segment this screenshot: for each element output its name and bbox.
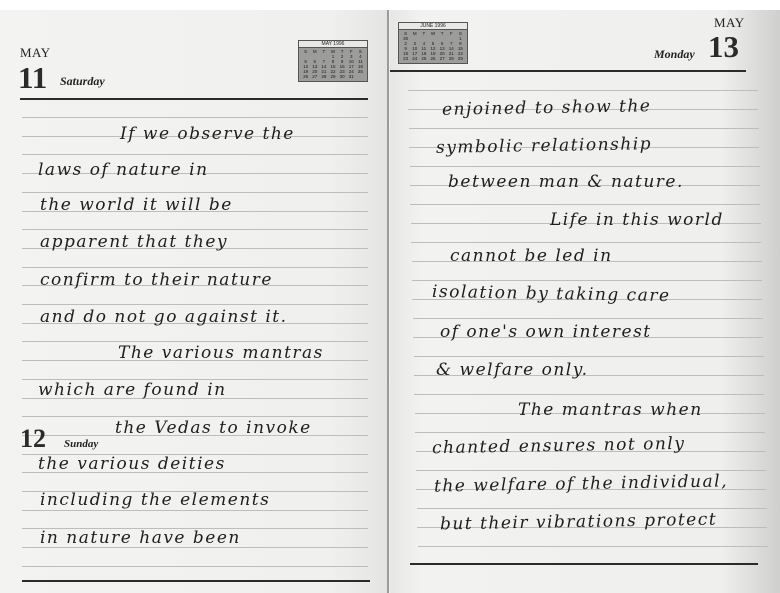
handwritten-line: in nature have been bbox=[40, 528, 241, 548]
ruled-line bbox=[418, 546, 768, 547]
sub-day-name: Sunday bbox=[64, 438, 98, 450]
handwritten-line: chanted ensures not only bbox=[432, 434, 686, 458]
ruled-line bbox=[415, 432, 765, 433]
calendar-cell: 31 bbox=[347, 74, 356, 79]
ruled-line bbox=[22, 192, 368, 193]
handwritten-line: the Vedas to invoke bbox=[115, 418, 312, 438]
handwritten-line: the various deities bbox=[38, 454, 226, 474]
mini-calendar-june: JUNE 1996 SMTWTFS30123456789101112131415… bbox=[398, 22, 468, 64]
calendar-cell: 24 bbox=[410, 56, 419, 61]
calendar-cell: 26 bbox=[428, 56, 437, 61]
handwritten-line: Life in this world bbox=[550, 210, 724, 230]
handwritten-line: confirm to their nature bbox=[40, 270, 273, 290]
calendar-cell: 30 bbox=[338, 74, 347, 79]
page-gutter bbox=[387, 10, 389, 593]
handwritten-line: apparent that they bbox=[40, 232, 228, 252]
handwritten-line: which are found in bbox=[38, 380, 227, 400]
calendar-cell: 26 bbox=[301, 74, 310, 79]
handwritten-line: but their vibrations protect bbox=[440, 510, 717, 535]
calendar-cell: 28 bbox=[319, 74, 328, 79]
handwritten-line: and do not go against it. bbox=[40, 307, 288, 327]
ruled-line bbox=[412, 280, 762, 281]
mini-calendar-may: MAY 1996 SMTWTFS123456789101112131415161… bbox=[298, 40, 368, 82]
ruled-line bbox=[410, 166, 760, 167]
handwritten-line: the world it will be bbox=[40, 195, 233, 215]
calendar-cell bbox=[356, 74, 365, 79]
header-rule bbox=[20, 98, 368, 100]
handwritten-line: The mantras when bbox=[518, 400, 703, 420]
ruled-line bbox=[22, 566, 368, 567]
handwritten-line: enjoined to show the bbox=[442, 96, 652, 120]
calendar-cell: 27 bbox=[310, 74, 319, 79]
right-day-name: Monday bbox=[654, 47, 695, 62]
handwritten-line: isolation by taking care bbox=[432, 282, 671, 306]
left-day-number: 11 bbox=[18, 62, 47, 93]
handwritten-line: between man & nature. bbox=[448, 172, 684, 192]
ruled-line bbox=[22, 304, 368, 305]
ruled-line bbox=[22, 267, 368, 268]
ruled-line bbox=[22, 154, 368, 155]
ruled-line bbox=[411, 242, 761, 243]
calendar-cell: 28 bbox=[447, 56, 456, 61]
ruled-line bbox=[413, 318, 763, 319]
calendar-cell: 23 bbox=[401, 56, 410, 61]
handwritten-line: symbolic relationship bbox=[436, 134, 652, 158]
handwritten-line: including the elements bbox=[40, 490, 270, 510]
calendar-cell: 27 bbox=[438, 56, 447, 61]
handwritten-line: & welfare only. bbox=[436, 360, 588, 380]
right-page: JUNE 1996 SMTWTFS30123456789101112131415… bbox=[390, 10, 780, 593]
sub-day-number: 12 bbox=[20, 426, 46, 452]
handwritten-line: the welfare of the individual, bbox=[434, 471, 728, 496]
left-page: MAY 11 Saturday MAY 1996 SMTWTFS12345678… bbox=[0, 10, 388, 593]
ruled-line bbox=[414, 394, 764, 395]
left-month: MAY bbox=[20, 45, 51, 61]
mini-calendar-grid: SMTWTFS123456789101112131415161718192021… bbox=[299, 48, 367, 80]
mini-calendar-grid: SMTWTFS301234567891011121314151617181920… bbox=[399, 30, 467, 62]
header-rule bbox=[390, 70, 746, 72]
calendar-cell: 29 bbox=[328, 74, 337, 79]
ruled-line bbox=[22, 117, 368, 118]
handwritten-line: If we observe the bbox=[120, 124, 295, 144]
ruled-line bbox=[22, 229, 368, 230]
mini-calendar-title: JUNE 1996 bbox=[399, 23, 467, 30]
handwritten-line: cannot be led in bbox=[450, 246, 613, 266]
footer-rule bbox=[22, 580, 370, 582]
left-day-name: Saturday bbox=[60, 74, 105, 89]
ruled-line bbox=[410, 204, 760, 205]
calendar-cell: 25 bbox=[419, 56, 428, 61]
ruled-line bbox=[414, 356, 764, 357]
calendar-cell: 29 bbox=[456, 56, 465, 61]
right-day-number: 13 bbox=[708, 31, 739, 62]
mini-calendar-title: MAY 1996 bbox=[299, 41, 367, 48]
footer-rule bbox=[410, 563, 758, 565]
ruled-line bbox=[408, 90, 758, 91]
diary-spread: MAY 11 Saturday MAY 1996 SMTWTFS12345678… bbox=[0, 10, 780, 593]
ruled-line bbox=[409, 128, 759, 129]
handwritten-line: of one's own interest bbox=[440, 322, 652, 342]
handwritten-line: laws of nature in bbox=[38, 160, 209, 180]
handwritten-line: The various mantras bbox=[118, 343, 324, 363]
